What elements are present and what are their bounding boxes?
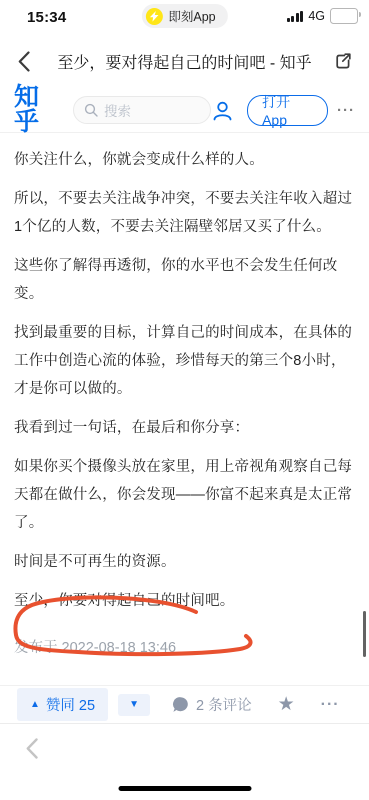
browser-nav-bar: 至少，要对得起自己的时间吧 - 知乎 [0,34,369,88]
browser-bottom-bar [0,723,369,800]
profile-icon[interactable] [211,99,234,122]
phone-screen: 15:34 即刻App 4G 至少，要对得起自己的时间吧 - 知乎 知 [0,0,369,800]
star-icon[interactable]: ★ [278,695,295,714]
signal-strength-icon [287,11,304,22]
comments-button[interactable]: 2 条评论 [172,694,252,715]
article-paragraph: 如果你买个摄像头放在家里，用上帝视角观察自己每天都在做什么，你会发现——你富不起… [14,453,355,537]
status-indicators: 4G [287,8,358,24]
back-icon[interactable] [18,51,30,72]
network-type: 4G [308,9,325,23]
action-toolbar: ▲ 赞同 25 ▼ 2 条评论 ★ ··· [0,685,369,723]
upvote-label: 赞同 25 [46,694,95,715]
article-body: 你关注什么，你就会变成什么样的人。 所以，不要去关注战争冲突，不要去关注年收入超… [0,133,369,685]
comments-label: 2 条评论 [196,694,252,715]
jike-app-icon [145,8,162,25]
search-placeholder: 搜索 [104,100,131,120]
header-more-icon[interactable]: ··· [337,103,355,118]
comment-icon [172,696,189,713]
publish-date: 发布于 2022-08-18 13:46 [14,636,355,657]
article-paragraph: 你关注什么，你就会变成什么样的人。 [14,146,355,174]
article-paragraph: 所以，不要去关注战争冲突，不要去关注年收入超过1个亿的人数，不要去关注隔壁邻居又… [14,185,355,241]
article-paragraph: 找到最重要的目标，计算自己的时间成本，在具体的工作中创造心流的体验，珍惜每天的第… [14,319,355,403]
article-paragraph: 时间是不可再生的资源。 [14,548,355,576]
home-indicator[interactable] [118,786,251,791]
upvote-button[interactable]: ▲ 赞同 25 [17,688,108,721]
article-paragraph: 这些你了解得再透彻，你的水平也不会发生任何改变。 [14,252,355,308]
page-title: 至少，要对得起自己的时间吧 - 知乎 [57,50,311,73]
scrollbar[interactable] [363,611,366,657]
notification-app-label: 即刻App [168,7,215,25]
open-app-button[interactable]: 打开App [247,95,328,126]
downvote-button[interactable]: ▼ [118,694,150,716]
clock: 15:34 [27,9,66,26]
browser-back-icon[interactable] [26,738,38,759]
zhihu-header: 知乎 搜索 打开App ··· [0,88,369,133]
toolbar-more-icon[interactable]: ··· [321,697,340,713]
notification-pill[interactable]: 即刻App [141,4,227,28]
search-input[interactable]: 搜索 [73,96,211,124]
article-paragraph: 我看到过一句话，在最后和你分享： [14,414,355,442]
search-icon [84,103,98,117]
zhihu-logo[interactable]: 知乎 [14,85,64,135]
downvote-icon: ▼ [129,700,139,710]
share-icon[interactable] [333,51,353,71]
battery-icon [330,8,358,24]
status-bar: 15:34 即刻App 4G [0,0,369,34]
upvote-icon: ▲ [30,700,40,710]
article-paragraph: 至少，你要对得起自己的时间吧。 [14,587,355,615]
